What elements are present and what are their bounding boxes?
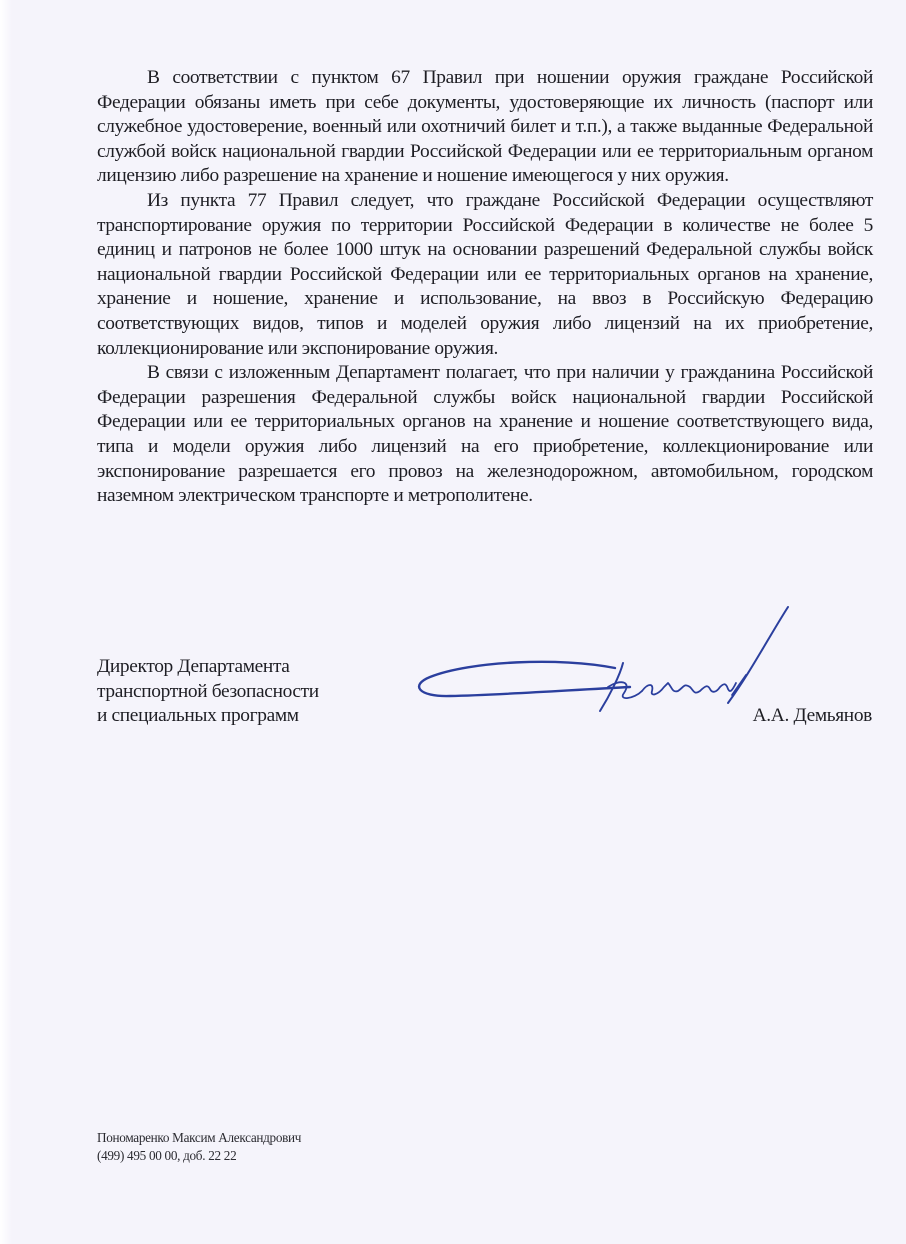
paragraph-3: В связи с изложенным Департамент полагае… [97,361,873,509]
paragraph-2: Из пункта 77 Правил следует, что граждан… [97,189,873,361]
executor-info: Пономаренко Максим Александрович (499) 4… [97,1129,301,1165]
letter-body: В соответствии с пунктом 67 Правил при н… [97,66,873,509]
page-edge [0,0,12,1244]
signatory-title: Директор Департамента транспортной безоп… [97,655,319,729]
signatory-title-line-3: и специальных программ [97,704,319,729]
paragraph-1: В соответствии с пунктом 67 Правил при н… [97,66,873,189]
executor-name: Пономаренко Максим Александрович [97,1129,301,1147]
signer-name: А.А. Демьянов [753,704,872,729]
handwritten-signature-icon [410,595,810,725]
executor-phone: (499) 495 00 00, доб. 22 22 [97,1147,301,1165]
signatory-title-line-2: транспортной безопасности [97,680,319,705]
signatory-title-line-1: Директор Департамента [97,655,319,680]
